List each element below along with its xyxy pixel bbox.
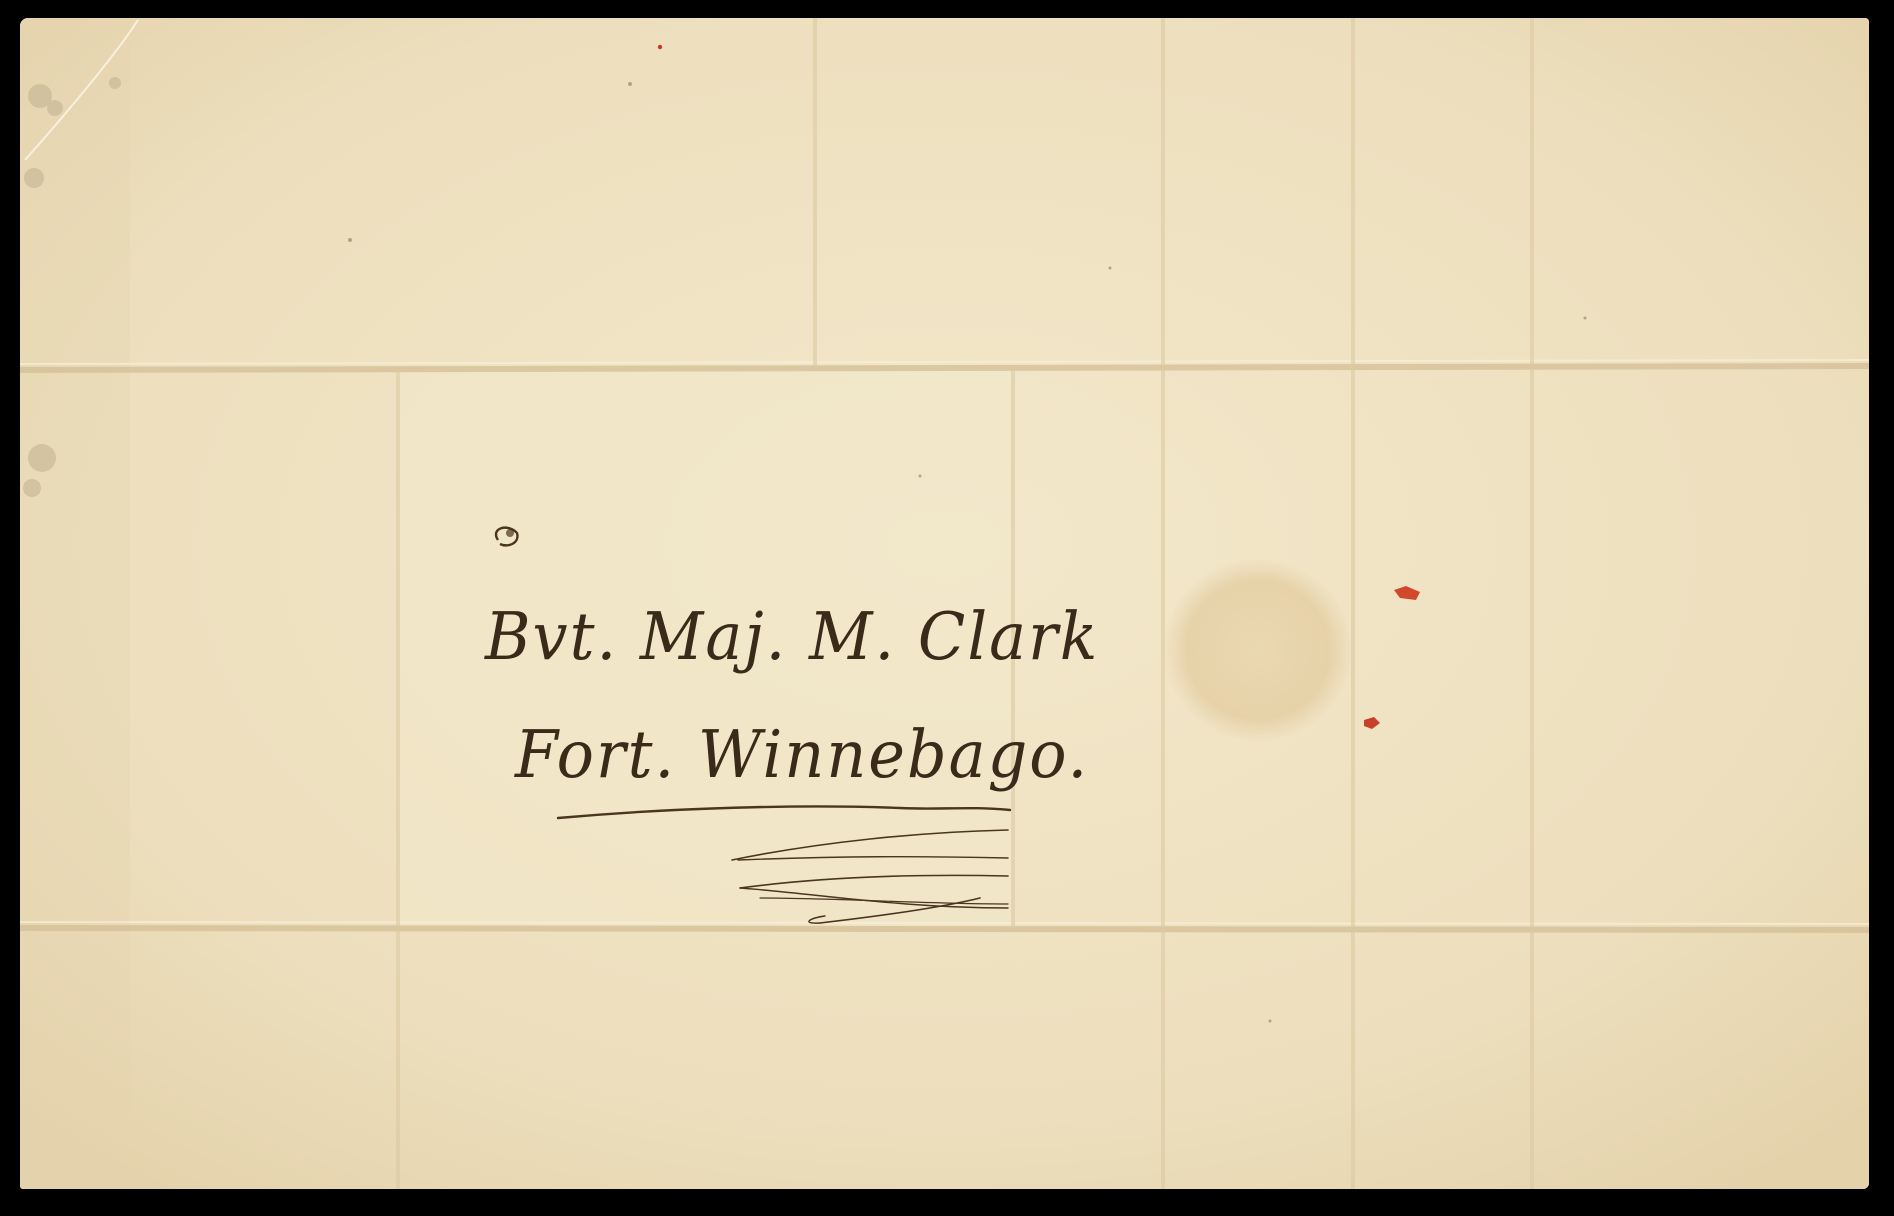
letter-cover: Bvt. Maj. M. Clark Fort. Winnebago. (20, 18, 1869, 1189)
paper-texture (20, 18, 1869, 1189)
